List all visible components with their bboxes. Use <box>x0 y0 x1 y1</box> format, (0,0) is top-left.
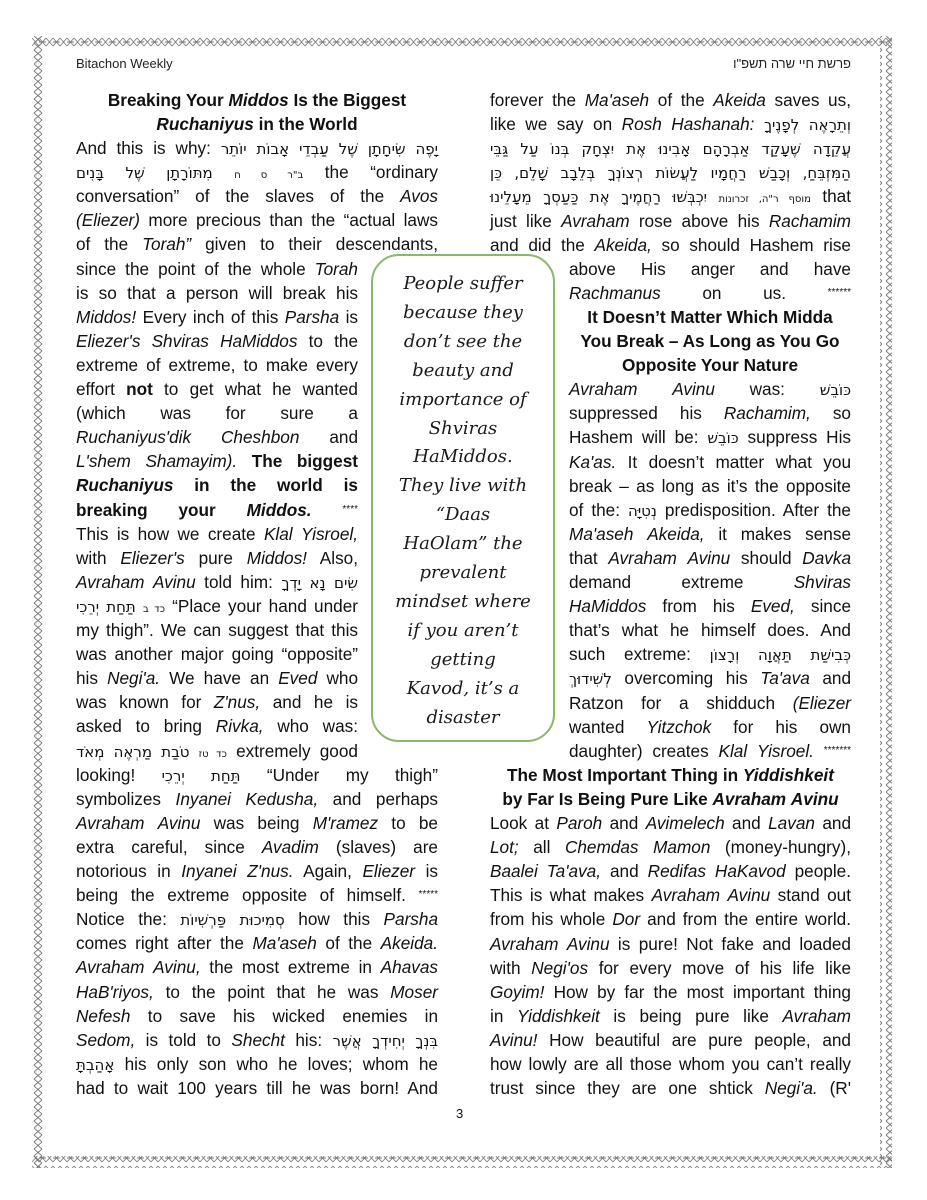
text-line: Ratzon for a shidduch (Eliezer <box>569 691 851 715</box>
callout-text-line: if you aren’t <box>373 617 553 646</box>
text-line: Ruchaniyus in the world is <box>76 473 358 497</box>
callout-text-line: HaOlam” the <box>373 530 553 559</box>
text-line: עֲקֵדָה שֶׁעָקַד אַבְרָהָם אָבִינוּ אֶת … <box>490 136 851 160</box>
hebrew-text: לְשִׁידוּךְ <box>569 670 612 688</box>
text-line: in Yiddishkeit is being pure like Avraha… <box>490 1004 851 1028</box>
source-reference: מוסף ר"ה, זכרונות <box>718 194 810 205</box>
text-line: HaB'riyos, to the point that he was Mose… <box>76 980 438 1004</box>
callout-text-line: beauty and <box>373 357 553 386</box>
callout-text-line: Kavod, it’s a <box>373 675 553 704</box>
hebrew-text: כּוֹבֵשׁ <box>820 381 851 399</box>
text-line: like we say on Rosh Hashanah: וְתֵרָאֶה … <box>490 112 851 136</box>
text-line: notorious in Inyanei Z'nus. Again, Eliez… <box>76 859 438 883</box>
section-separator: **** <box>342 504 358 515</box>
callout-text-line: “Daas <box>373 501 553 530</box>
section-heading: by Far Is Being Pure Like Avraham Avinu <box>490 787 851 811</box>
text-line: Ma'aseh Akeida, it makes sense <box>569 522 851 546</box>
section-heading: Ruchaniyus in the World <box>76 112 438 136</box>
text-line: how lowly are all those whom you can’t r… <box>490 1052 851 1076</box>
callout-text-line: Shviras <box>373 415 553 444</box>
callout-text-line: mindset where <box>373 588 553 617</box>
text-line: This is what makes Avraham Avinu stand o… <box>490 883 851 907</box>
hebrew-text: וְתֵרָאֶה לְפָנֶיךָ <box>764 116 851 134</box>
text-line: extra careful, since Avadim (slaves) are <box>76 835 438 859</box>
text-line: comes right after the Ma'aseh of the Ake… <box>76 931 438 955</box>
hebrew-text: כְּבִישַׁת תַּאֲוָה וְרָצוֹן <box>710 646 851 664</box>
text-line: asked to bring Rivka, who was: <box>76 714 358 738</box>
hebrew-text: יָפֶה שִׂיחָתָן שֶׁל עַבְדֵי אָבוֹת יוֹת… <box>221 140 438 158</box>
text-line: since the point of the whole Torah <box>76 257 358 281</box>
text-line: This is how we create Klal Yisroel, <box>76 522 358 546</box>
text-line: Hashem will be: כּוֹבֵשׁ suppress His <box>569 425 851 449</box>
text-line: was another major going “opposite” <box>76 642 358 666</box>
section-heading: It Doesn’t Matter Which Midda <box>569 305 851 329</box>
text-line: Look at Paroh and Avimelech and Lavan an… <box>490 811 851 835</box>
text-line: break – as long as it’s the opposite <box>569 474 851 498</box>
text-line: of the: נְטִיָּה predisposition. After t… <box>569 498 851 522</box>
text-line: effort not to get what he wanted <box>76 377 358 401</box>
source-reference: כד טז <box>199 749 227 760</box>
text-line: looking! תַּחַת יְרֵכִי “Under my thigh” <box>76 763 438 787</box>
callout-text-line: because they <box>373 299 553 328</box>
hebrew-text: עֲקֵדָה שֶׁעָקַד אַבְרָהָם אָבִינוּ אֶת … <box>490 140 851 158</box>
callout-text-line: HaMiddos. <box>373 443 553 472</box>
text-line: was known for Z'nus, and he is <box>76 690 358 714</box>
text-line: forever the Ma'aseh of the Akeida saves … <box>490 88 851 112</box>
hebrew-text: סְמִיכוּת פַּרְשִׁיוֹת <box>180 911 284 929</box>
text-line: (which was for sure a <box>76 401 358 425</box>
publication-name: Bitachon Weekly <box>76 56 173 71</box>
callout-text-line: don’t see the <box>373 328 553 357</box>
text-line: above His anger and have <box>569 257 851 281</box>
text-line: extreme of extreme, to make every <box>76 353 358 377</box>
section-heading: The Most Important Thing in Yiddishkeit <box>490 763 851 787</box>
hebrew-text: שִׂים נָא יָדְךָ <box>281 574 358 592</box>
text-line: had to wait 100 years till he was born! … <box>76 1076 438 1100</box>
text-line: תַּחַת יְרֵכִי כד ב “Place your hand und… <box>76 594 358 618</box>
text-line: breaking your Middos. **** <box>76 498 358 522</box>
text-line: is so that a person will break his <box>76 281 358 305</box>
source-reference: כד ב <box>143 604 165 615</box>
hebrew-text: כּוֹבֵשׁ <box>707 429 738 447</box>
text-line: his Negi'a. We have an Eved who <box>76 666 358 690</box>
text-line: of the Torah” given to their descendants… <box>76 232 438 256</box>
text-line: my thigh”. We can suggest that this <box>76 618 358 642</box>
section-heading: Breaking Your Middos Is the Biggest <box>76 88 438 112</box>
text-line: Ka'as. It doesn’t matter what you <box>569 450 851 474</box>
text-line: Avraham Avinu was being M'ramez to be <box>76 811 438 835</box>
text-line: Avraham Avinu was: כּוֹבֵשׁ <box>569 377 851 401</box>
text-line: יִכְבְּשׁוּ רַחֲמֶיךָ אֶת כַּעַסְךָ מֵעָ… <box>490 184 851 208</box>
text-line: HaMiddos from his Eved, since <box>569 594 851 618</box>
callout-text-line: People suffer <box>373 270 553 299</box>
source-reference: ב"ר ס ח <box>234 170 303 181</box>
hebrew-text: יִכְבְּשׁוּ רַחֲמֶיךָ אֶת כַּעַסְךָ מֵעָ… <box>490 188 707 206</box>
text-line: Avinu! How beautiful are pure people, an… <box>490 1028 851 1052</box>
text-line: demand extreme Shviras <box>569 570 851 594</box>
section-separator: ***** <box>419 889 438 900</box>
text-line: just like Avraham rose above his Rachami… <box>490 209 851 233</box>
text-line: Avraham Avinu told him: שִׂים נָא יָדְךָ <box>76 570 358 594</box>
text-line: L'shem Shamayim). The biggest <box>76 449 358 473</box>
text-line: Goyim! How by far the most important thi… <box>490 980 851 1004</box>
hebrew-text: אָהַבְתָּ <box>76 1056 114 1074</box>
text-line: from his whole Dor and from the entire w… <box>490 907 851 931</box>
text-line: and did the Akeida, so should Hashem ris… <box>490 233 851 257</box>
text-line: being the extreme opposite of himself. *… <box>76 883 438 907</box>
text-line: Middos! Every inch of this Parsha is <box>76 305 358 329</box>
callout-text-line: They live with <box>373 472 553 501</box>
text-line: Ruchaniyus'dik Cheshbon and <box>76 425 358 449</box>
text-line: Eliezer's Shviras HaMiddos to the <box>76 329 358 353</box>
text-line: that’s what he himself does. And <box>569 618 851 642</box>
text-line: Avraham Avinu is pure! Not fake and load… <box>490 932 851 956</box>
text-line: אָהַבְתָּ his only son who he loves; who… <box>76 1052 438 1076</box>
text-line: מִתּוֹרָתָן שֶׁל בָּנִים ב"ר ס ח the “or… <box>76 160 438 184</box>
text-line: wanted Yitzchok for his own <box>569 715 851 739</box>
hebrew-text: מִתּוֹרָתָן שֶׁל בָּנִים <box>76 164 213 182</box>
section-separator: ****** <box>828 287 851 298</box>
pull-quote-callout: People sufferbecause theydon’t see thebe… <box>371 254 555 742</box>
text-line: Lot; all Chemdas Mamon (money-hungry), <box>490 835 851 859</box>
callout-text-line: getting <box>373 646 553 675</box>
parsha-label: פרשת חיי שרה תשפ"ו <box>733 56 851 71</box>
text-line: Nefesh to save his wicked enemies in <box>76 1004 438 1028</box>
text-line: Avraham Avinu, the most extreme in Ahava… <box>76 955 438 979</box>
text-line: conversation” of the slaves of the Avos <box>76 184 438 208</box>
hebrew-text: הַמִּזְבֵּחַ, וְכָבַשׁ רַחֲמָיו לַעֲשׂוֹ… <box>490 164 851 182</box>
text-line: trust since they are one shtick Negi'a. … <box>490 1076 851 1100</box>
text-line: that Avraham Avinu should Davka <box>569 546 851 570</box>
callout-text-line: disaster <box>373 704 553 733</box>
hebrew-text: נְטִיָּה <box>628 502 657 520</box>
text-line: such extreme: כְּבִישַׁת תַּאֲוָה וְרָצו… <box>569 642 851 666</box>
callout-text-line: importance of <box>373 386 553 415</box>
text-line: suppressed his Rachamim, so <box>569 401 851 425</box>
hebrew-text: בִּנְךָ יְחִידְךָ אֲשֶׁר <box>333 1032 438 1050</box>
text-line: לְשִׁידוּךְ overcoming his Ta'ava and <box>569 666 851 690</box>
text-line: And this is why: יָפֶה שִׂיחָתָן שֶׁל עַ… <box>76 136 438 160</box>
text-line: symbolizes Inyanei Kedusha, and perhaps <box>76 787 438 811</box>
text-line: Baalei Ta'ava, and Redifas HaKavod peopl… <box>490 859 851 883</box>
callout-text-line: prevalent <box>373 559 553 588</box>
hebrew-text: תַּחַת יְרֵכִי <box>162 767 241 785</box>
section-heading: Opposite Your Nature <box>569 353 851 377</box>
page-number: 3 <box>456 1106 463 1121</box>
section-heading: You Break – As Long as You Go <box>569 329 851 353</box>
hebrew-text: טֹבַת מַרְאֶה מְאֹד <box>76 743 189 761</box>
hebrew-text: תַּחַת יְרֵכִי <box>76 598 136 616</box>
text-line: daughter) creates Klal Yisroel. ******* <box>569 739 851 763</box>
text-line: טֹבַת מַרְאֶה מְאֹד כד טז extremely good <box>76 739 358 763</box>
text-line: הַמִּזְבֵּחַ, וְכָבַשׁ רַחֲמָיו לַעֲשׂוֹ… <box>490 160 851 184</box>
text-line: (Eliezer) more precious than the “actual… <box>76 208 438 232</box>
text-line: Sedom, is told to Shecht his: בִּנְךָ יְ… <box>76 1028 438 1052</box>
text-line: Notice the: סְמִיכוּת פַּרְשִׁיוֹת how t… <box>76 907 438 931</box>
text-line: with Negi'os for every move of his life … <box>490 956 851 980</box>
text-line: Rachmanus on us. ****** <box>569 281 851 305</box>
section-separator: ******* <box>824 745 851 756</box>
text-line: with Eliezer's pure Middos! Also, <box>76 546 358 570</box>
